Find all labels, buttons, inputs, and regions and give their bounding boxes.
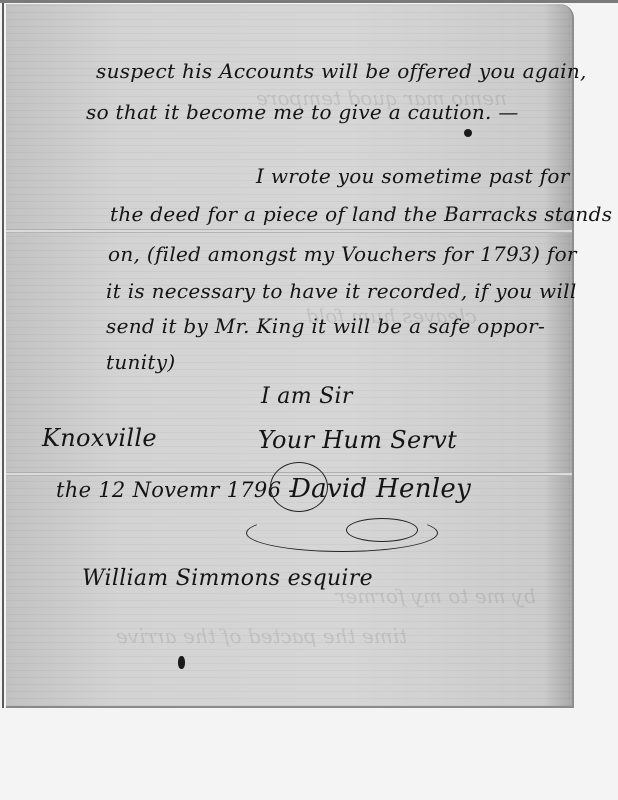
signature: David Henley bbox=[290, 474, 471, 504]
letter-date: the 12 Novemr 1796 - bbox=[56, 478, 296, 502]
ink-blot bbox=[178, 656, 185, 669]
letter-line-1: suspect his Accounts will be offered you… bbox=[96, 59, 587, 83]
addressee: William Simmons esquire bbox=[82, 566, 373, 591]
bleed-through-text: time the pacted of the arrive bbox=[116, 624, 407, 648]
closing-line-2: Your Hum Servt bbox=[258, 426, 457, 454]
letter-line-5: on, (filed amongst my Vouchers for 1793)… bbox=[108, 242, 577, 266]
ink-blot bbox=[464, 129, 472, 137]
letter-line-4: the deed for a piece of land the Barrack… bbox=[110, 202, 612, 226]
closing-line-1: I am Sir bbox=[261, 384, 353, 409]
scan-left-border bbox=[2, 3, 4, 708]
letter-line-3: I wrote you sometime past for bbox=[256, 164, 570, 188]
letter-line-2: so that it become me to give a caution. … bbox=[86, 100, 519, 124]
letter-line-6: it is necessary to have it recorded, if … bbox=[106, 279, 577, 303]
letter-line-8: tunity) bbox=[106, 350, 175, 374]
letter-page: nemo mar quod tempore cleaves hum fold b… bbox=[6, 4, 574, 708]
scan-top-border bbox=[0, 0, 618, 3]
letter-line-7: send it by Mr. King it will be a safe op… bbox=[106, 314, 545, 338]
place-name: Knoxville bbox=[42, 424, 157, 452]
signature-paraph-loop bbox=[346, 518, 418, 542]
paper-fold-upper bbox=[6, 229, 572, 233]
